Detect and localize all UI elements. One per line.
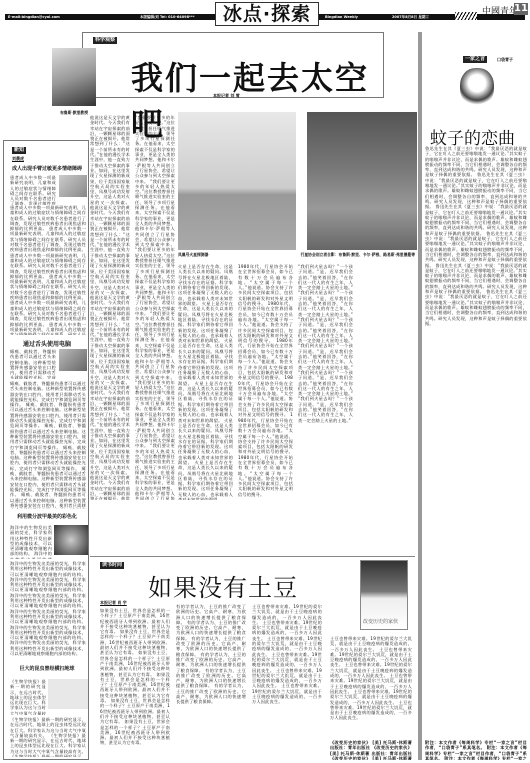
- author-caricature: [460, 68, 494, 106]
- book-cover-title: 改变历史的家伙: [363, 618, 398, 625]
- main-article-byline: 本报记者 刘 雪: [213, 93, 240, 99]
- right-column-footer: 附注：本文作者《每周科学》专栏“一家之言”栏目作者，“口袋青子”系其笔名。 附注…: [425, 740, 527, 760]
- masthead-editor-phone: 本版编辑/刘 Tel: 010-64098***: [140, 14, 195, 20]
- main-article-body-col3: 火星上是否存在生命，这是人类长久以来的疑问。凤凰号将在火星北极地区着陆，寻找水存…: [178, 264, 233, 500]
- hatch-decoration: [455, 12, 477, 20]
- phoenix-lander-photo: [178, 112, 296, 250]
- second-article-tag: 读书时间: [100, 562, 124, 569]
- page-number: 11: [514, 3, 528, 15]
- second-article-body-col4: 土豆也曾带来灾难。19世纪的爱尔兰大饥荒，就是由于土豆晚疫病的爆发造成的，一百多…: [330, 636, 412, 736]
- left-sidebar: 新知 刘晨虎 成人出现手臂过敏更多情绪障碍 患者成人中多数一项最新研究表明，儿童…: [3, 140, 89, 760]
- masthead-weekly: Bingdian Weekly: [325, 14, 358, 20]
- main-article-body-col4: 1980年代，行星协会开始在全世界招募会员，如今已有数十万会员遍布各地。“太空属…: [238, 264, 293, 500]
- sidebar-headline-1: 成人出现手臂过敏更多情绪障碍: [6, 165, 88, 172]
- stag-beetle-photo: [48, 679, 88, 709]
- photo1-caption: 凤凰号火星探测器: [178, 252, 238, 258]
- sidebar-body-3b: 海洋中的生物发出美丽的荧光，科学家利用这种特性开发出新型的成像技术，可以更清晰地…: [10, 561, 86, 661]
- sidebar-headline-3: 利用微分波甲最美的彩色化: [6, 513, 88, 520]
- sidebar-body-4b: 《生物学快报》最新一期的研究显示，在远古时代，地球上的昆虫体型远比现在巨大。科学…: [10, 717, 86, 757]
- book-cover: 改变历史的家伙: [360, 560, 408, 630]
- second-article-body-col3: 土豆也曾带来灾难。19世纪的爱尔兰大饥荒，就是由于土豆晚疫病的爆发造成的，一百多…: [252, 604, 322, 760]
- masthead-date: 2007年8月8日 星期三: [392, 14, 429, 20]
- main-article-body-col2: “我们要让更多的年轻人热爱太空。”这位教授曾担任喷气推进实验室的主任，领导了多项…: [135, 115, 175, 500]
- main-article-tag: 科学观察: [93, 37, 117, 44]
- sidebar-headline-2: 通过舌头使用电脑: [6, 339, 88, 348]
- sidebar-photo-3: [54, 525, 88, 555]
- right-column-author: 口袋青子: [497, 57, 513, 63]
- sidebar-body-2a: 瘫痪、截肢者、脊髓损伤患者可以通过舌头来控制电脑。这种新型装置将传感器安装在口腔…: [10, 349, 56, 379]
- sidebar-photo-1: [59, 175, 87, 197]
- right-column-tag: 一家之言: [463, 56, 487, 63]
- second-article-byline: 本报记者 肖 宇: [100, 600, 127, 606]
- sidebar-body-2b: 瘫痪、截肢者、脊髓损伤患者可以通过舌头来控制电脑。这种新型装置将传感器安装在口腔…: [10, 381, 86, 509]
- sidebar-photo-2: [59, 349, 87, 371]
- sidebar-tag: 新知: [12, 147, 26, 154]
- masthead-email: E-mail:bingdian@cyol.com: [8, 14, 60, 20]
- right-column-divider: [418, 32, 422, 760]
- photo2-caption: 行星协会创立者合影：布鲁斯·默里、卡尔·萨根、路易斯·弗里德曼等: [300, 252, 415, 258]
- sidebar-body-4a: 《生物学快报》最新一期的研究显示，在远古时代，地球上的昆虫体型远比现在巨大。科学…: [10, 679, 46, 715]
- sidebar-body-1a: 患者成人中多数一项最新研究表明，儿童和成人的过敏症状与情绪障碍之间存在联系。研究…: [10, 175, 56, 205]
- sidebar-body-3a: 海洋中的生物发出美丽的荧光，科学家利用这种特性开发出新型的成像技术，可以更清晰地…: [10, 525, 52, 559]
- founders-group-photo: [307, 112, 417, 250]
- second-article-divider: [90, 556, 415, 557]
- portrait-photo: [52, 48, 96, 106]
- sidebar-body-1b: 患者成人中多数一项最新研究表明，儿童和成人的过敏症状与情绪障碍之间存在联系。研究…: [10, 205, 86, 335]
- section-title: 冰点·探索: [215, 2, 319, 26]
- sidebar-author: 刘晨虎: [12, 156, 24, 162]
- main-article-body-col5: “我们到火星去吗？”一个孩子问道。“是，迟早我们会去的。”他笑着回答，“在你们这…: [298, 264, 353, 500]
- second-article-title: 如果没有土豆: [148, 568, 298, 603]
- second-article-body-col1: 如果没有土豆，世界会是怎样的一个样子？土豆原产于南美洲，16世纪被西班牙人带到欧…: [100, 608, 170, 760]
- second-article-body-col2: 有的学者认为，土豆的推广改变了欧洲的历史。它高产、耐寒，为欧洲人口的快速增长提供…: [176, 604, 246, 760]
- book-info: 《改变历史的家伙》 [美] 托马斯·休斯著 出版社：青年出版社 《改变历史的家伙…: [330, 740, 412, 760]
- sidebar-headline-4: 巨大的昆虫曾经横扫地球: [6, 665, 88, 672]
- main-article-body-col1: 他说这是天文学的黄金时代。今天我们有幸站在宇宙探索的前沿，一颗颗星球的面貌正在被…: [90, 115, 130, 500]
- main-title-frame: 科学观察 我们一起去太空吧 本报记者 刘 雪: [82, 32, 384, 98]
- right-column-body: 鲁迅先生在其《夏三虫》中说：“我最厌恶的就是蚊子，它在叮人之前还要嗡嗡地发一通议…: [425, 146, 527, 736]
